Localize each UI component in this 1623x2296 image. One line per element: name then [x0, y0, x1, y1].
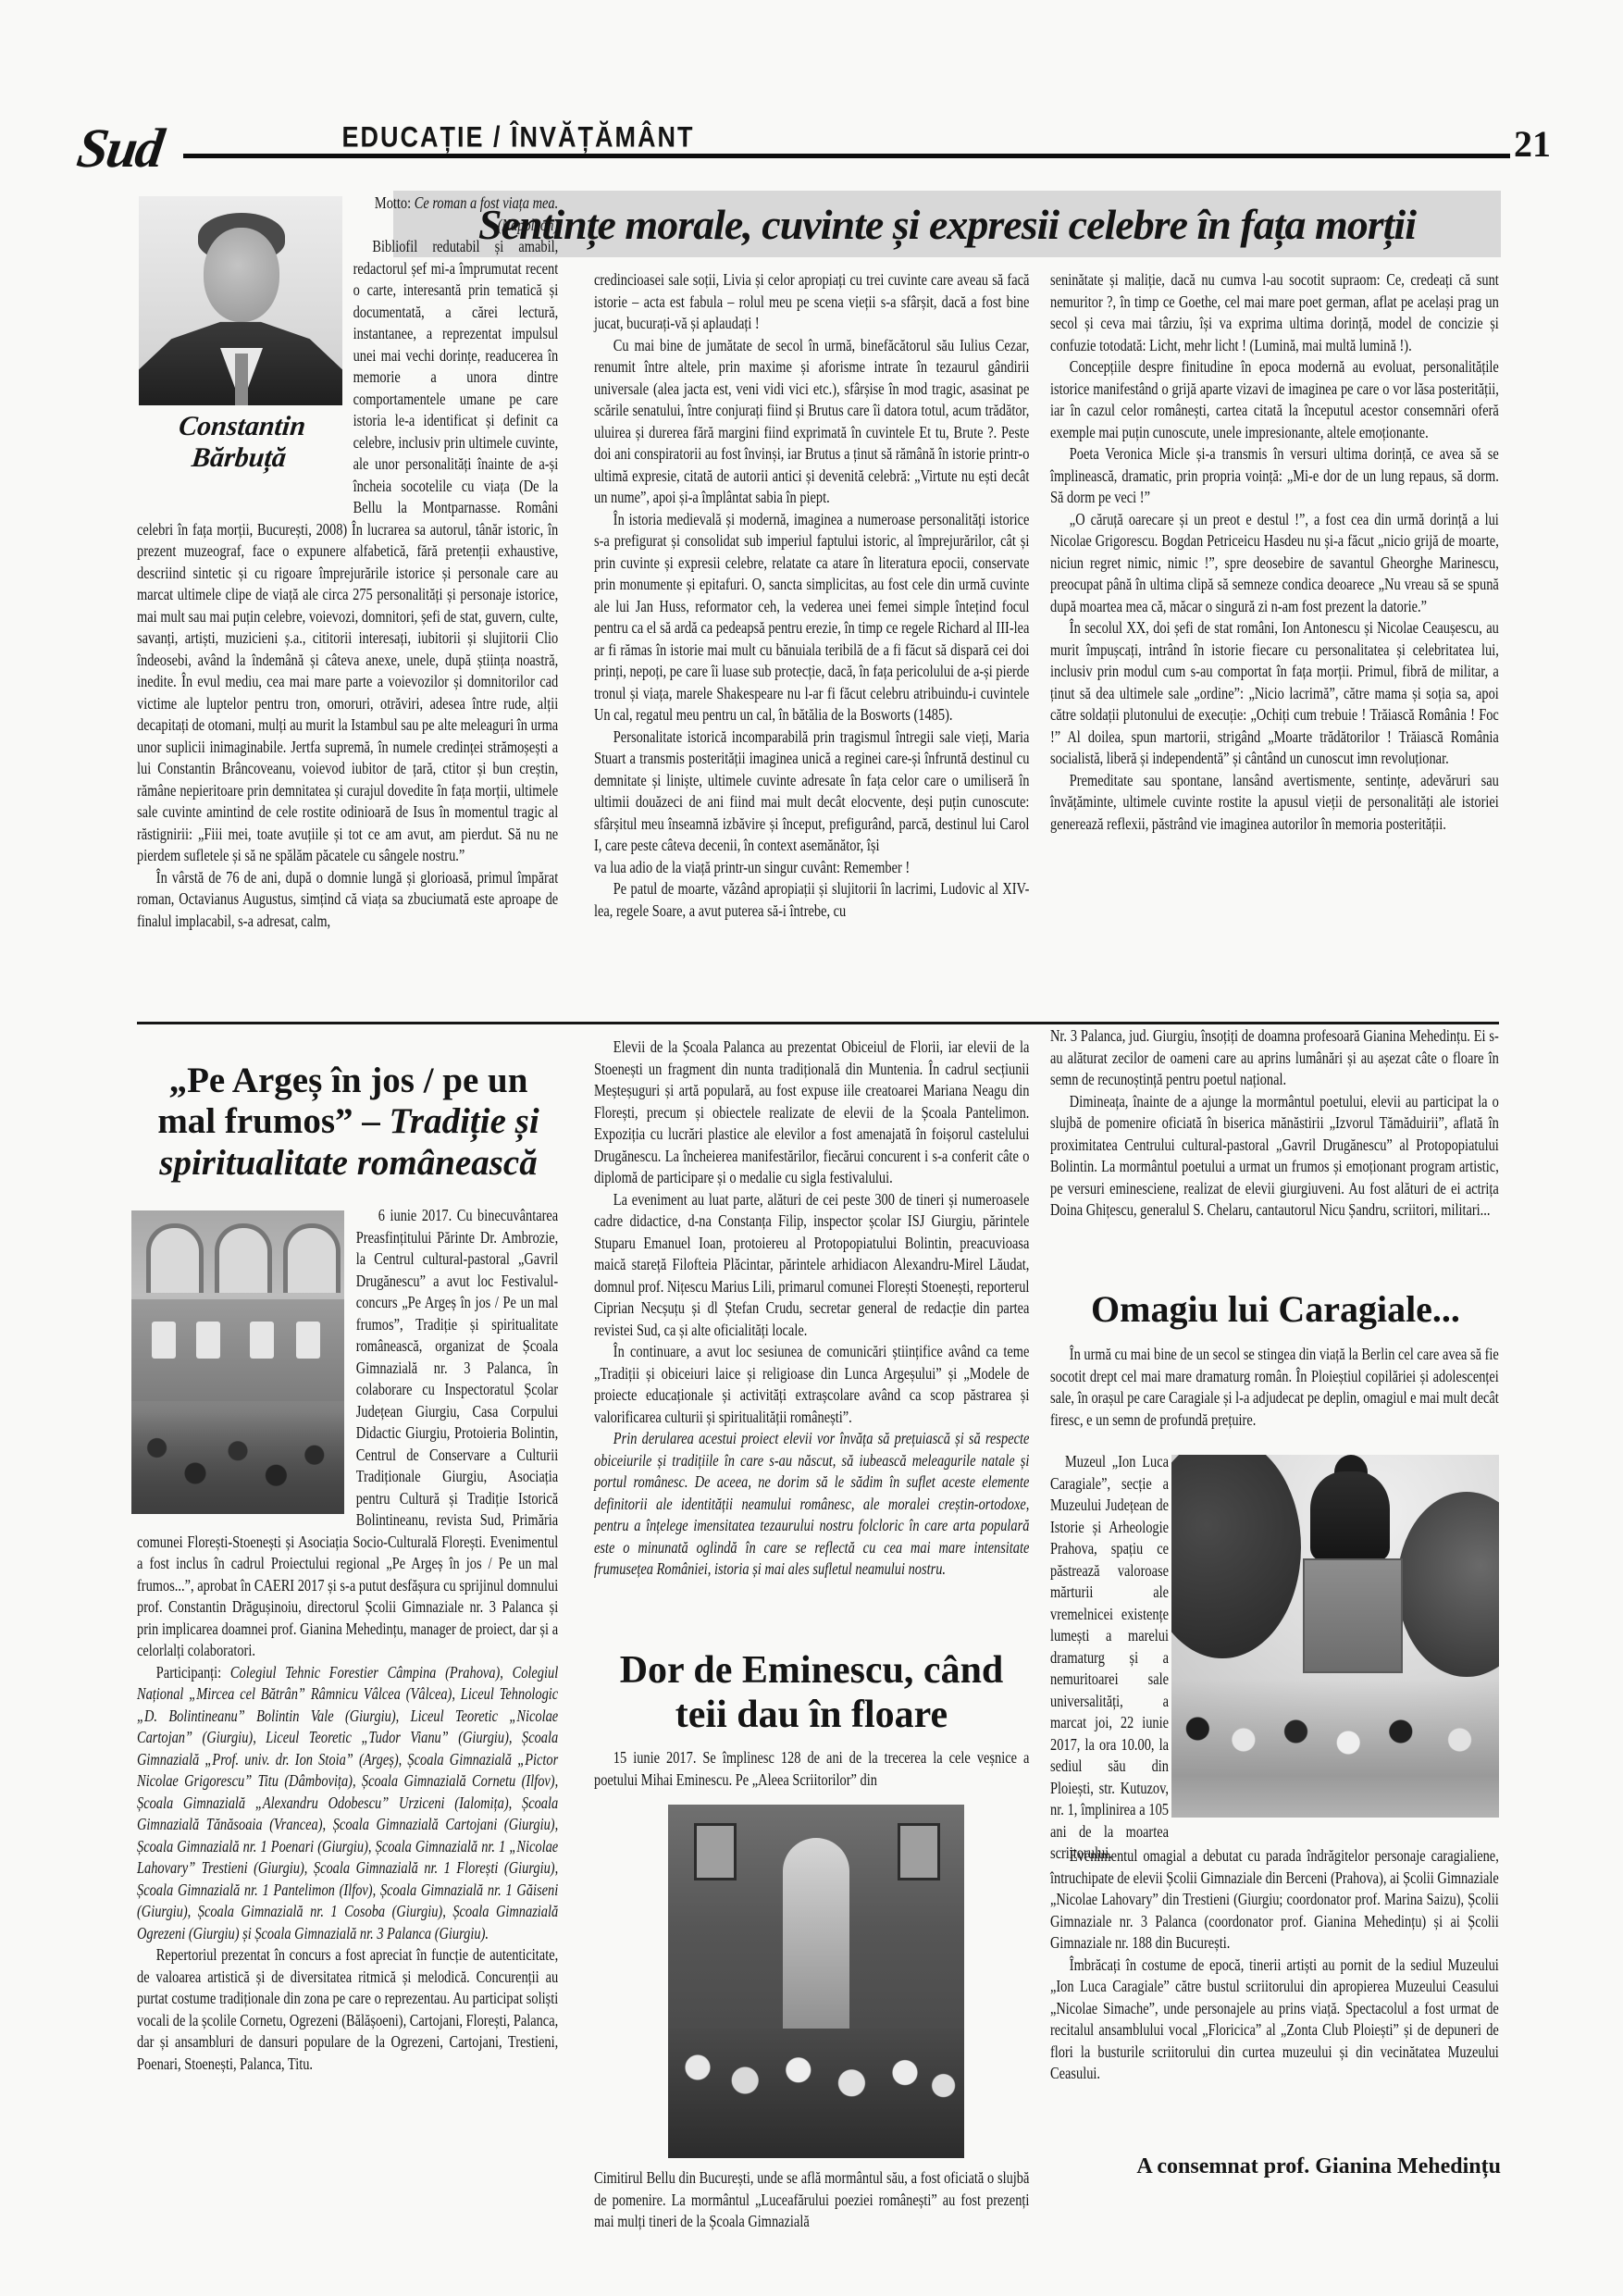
- festival-paragraph: Repertoriul prezentat în concurs a fost …: [137, 1944, 558, 2075]
- event-paragraph: Elevii de la Școala Palanca au prezentat…: [594, 1036, 1029, 1189]
- statue-bust-shape: [1310, 1471, 1390, 1560]
- motto-label: Motto:: [375, 193, 415, 212]
- newspaper-page: Sud EDUCAȚIE / ÎNVĂȚĂMÂNT 21 Sentințe mo…: [0, 0, 1623, 2296]
- section-title: EDUCAȚIE / ÎNVĂȚĂMÂNT: [305, 120, 731, 155]
- lead-paragraph: În vârstă de 76 de ani, după o domnie lu…: [137, 867, 558, 933]
- festival-headline: „Pe Argeș în jos / pe un mal frumos” – T…: [137, 1061, 560, 1184]
- lead-paragraph: În secolul XX, doi șefi de stat români, …: [1050, 617, 1499, 770]
- lead-column-3: seninătate și maliție, dacă nu cumva l-a…: [1050, 269, 1499, 835]
- tree-shape: [1397, 1492, 1499, 1677]
- church-photo: [668, 1805, 964, 2158]
- caragiale-text: Evenimentul omagial a debutat cu parada …: [1050, 1845, 1499, 2085]
- caragiale-statue-photo: [1171, 1455, 1499, 1818]
- festival-participants: Participanți: Colegiul Tehnic Forestier …: [137, 1662, 558, 1945]
- lead-paragraph: Concepțiile despre finitudine în epoca m…: [1050, 356, 1499, 443]
- caragiale-headline: Omagiu lui Caragiale...: [1050, 1288, 1501, 1331]
- event-paragraph: În continuare, a avut loc sesiunea de co…: [594, 1341, 1029, 1428]
- page-number: 21: [1514, 122, 1551, 166]
- event-paragraph: La eveniment au luat parte, alături de c…: [594, 1189, 1029, 1342]
- caragiale-paragraph: În urmă cu mai bine de un secol se sting…: [1050, 1344, 1499, 1431]
- lead-paragraph: Personalitate istorică incomparabilă pri…: [594, 726, 1029, 857]
- participants-label: Participanți:: [156, 1663, 230, 1682]
- tree-shape: [1171, 1455, 1301, 1658]
- section-divider-rule: [137, 1022, 1499, 1024]
- lead-paragraph: va lua adio de la viață printr-un singur…: [594, 857, 1029, 879]
- student-group-shape: [668, 2029, 964, 2158]
- lead-paragraph: seninătate și maliție, dacă nu cumva l-a…: [1050, 269, 1499, 356]
- participants-list: Colegiul Tehnic Forestier Câmpina (Praho…: [137, 1663, 558, 1942]
- photo-wrap-spacer: [137, 1205, 356, 1527]
- lead-paragraph: Premeditate sau spontane, lansând averti…: [1050, 770, 1499, 836]
- festival-text: 6 iunie 2017. Cu binecuvântarea Preasfin…: [137, 1205, 558, 2075]
- icon-frame-shape: [898, 1823, 940, 1880]
- trip-text: Nr. 3 Palanca, jud. Giurgiu, însoțiți de…: [1050, 1025, 1499, 1222]
- lead-paragraph: credincioasei sale soții, Livia și celor…: [594, 269, 1029, 335]
- eminescu-caption: Cimitirul Bellu din București, unde se a…: [594, 2167, 1029, 2233]
- lead-paragraph: Poeta Veronica Micle și-a transmis în ve…: [1050, 443, 1499, 509]
- caragiale-paragraph: Evenimentul omagial a debutat cu parada …: [1050, 1845, 1499, 1955]
- lead-paragraph: Cu mai bine de jumătate de secol în urmă…: [594, 335, 1029, 509]
- photo-wrap-spacer: [137, 192, 353, 505]
- lead-paragraph: Pe patul de moarte, văzând apropiații și…: [594, 878, 1029, 922]
- trip-paragraph: Nr. 3 Palanca, jud. Giurgiu, însoțiți de…: [1050, 1025, 1499, 1091]
- altar-door-shape: [783, 1838, 849, 2032]
- trip-paragraph: Dimineața, înainte de a ajunge la mormân…: [1050, 1091, 1499, 1222]
- caragiale-intro: În urmă cu mai bine de un secol se sting…: [1050, 1344, 1499, 1431]
- eminescu-headline: Dor de Eminescu, când teii dau în floare: [594, 1649, 1029, 1738]
- event-text: Elevii de la Școala Palanca au prezentat…: [594, 1036, 1029, 1581]
- eminescu-paragraph: Cimitirul Bellu din București, unde se a…: [594, 2167, 1029, 2233]
- statue-pedestal-shape: [1303, 1558, 1403, 1673]
- eminescu-intro: 15 iunie 2017. Se împlinesc 128 de ani d…: [594, 1747, 1029, 1791]
- caragiale-paragraph: Muzeul „Ion Luca Caragiale”, secție a Mu…: [1050, 1451, 1169, 1865]
- lead-column-1: Motto: Ce roman a fost viața mea. (Napol…: [137, 192, 558, 932]
- icon-frame-shape: [694, 1823, 737, 1880]
- people-row-shape: [1171, 1679, 1499, 1818]
- motto-text: Ce roman a fost viața mea. (Napoleon): [415, 193, 558, 234]
- lead-paragraph: În istoria medievală și modernă, imagine…: [594, 509, 1029, 726]
- lead-column-2: credincioasei sale soții, Livia și celor…: [594, 269, 1029, 922]
- caragiale-paragraph: Îmbrăcați în costume de epocă, tinerii a…: [1050, 1955, 1499, 2085]
- lead-headline: Sentințe morale, cuvinte și expresii cel…: [478, 200, 1416, 249]
- lead-headline-bar: Sentințe morale, cuvinte și expresii cel…: [393, 191, 1501, 257]
- lead-paragraph: „O căruță oarecare și un preot e destul …: [1050, 509, 1499, 618]
- caragiale-narrow-text: Muzeul „Ion Luca Caragiale”, secție a Mu…: [1050, 1451, 1169, 1865]
- article-signature: A consemnat prof. Gianina Mehedințu: [1050, 2154, 1501, 2179]
- event-paragraph-italic: Prin derularea acestui proiect elevii vo…: [594, 1428, 1029, 1581]
- eminescu-paragraph: 15 iunie 2017. Se împlinesc 128 de ani d…: [594, 1747, 1029, 1791]
- header-rule: [183, 154, 1510, 158]
- newspaper-logo: Sud: [73, 117, 166, 180]
